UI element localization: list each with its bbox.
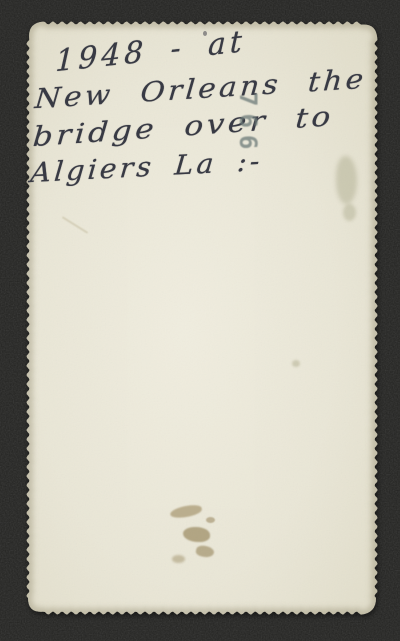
backdrop-and-card-graphic [0, 0, 400, 641]
card-surface-effects [0, 0, 400, 641]
scanned-photo-back: 1948 - at New Orleans the bridge over to… [0, 0, 400, 641]
